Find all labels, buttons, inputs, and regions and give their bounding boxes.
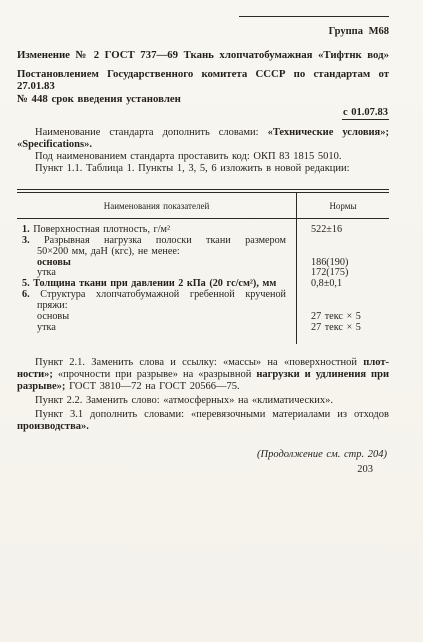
amendment-title: Изменение № 2 ГОСТ 737—69 Ткань хлопчато… — [17, 49, 389, 61]
group-label: Группа М68 — [17, 26, 389, 38]
page-number: 203 — [17, 464, 389, 476]
decree-line-2: № 448 срок введения установлен — [17, 93, 389, 105]
table-header-row: Наименования показателей Нормы — [17, 193, 389, 219]
effective-date: с 01.07.83 — [17, 107, 389, 119]
table-row: 6. Структура хлопчатобумажной гребенной … — [17, 290, 389, 301]
row-norm-value: 0,8±0,1 — [296, 279, 389, 290]
scanned-document-page: Группа М68 Изменение № 2 ГОСТ 737—69 Тка… — [0, 0, 423, 642]
effective-date-value: с 01.07.83 — [342, 107, 389, 120]
row-norm-value — [296, 236, 389, 247]
decree-line-1: Постановлением Государственного комитета… — [17, 68, 389, 92]
row-norm-value — [296, 290, 389, 301]
paragraph-item-3-1: Пункт 3.1 дополнить словами: «перевязочн… — [17, 409, 389, 433]
spec-table: Наименования показателей Нормы 1. Поверх… — [17, 189, 389, 344]
paragraph-item-2-1: Пункт 2.1. Заменить слова и ссылку: «мас… — [17, 357, 389, 393]
row-norm-value: 27 текс × 5 — [296, 323, 389, 344]
row-indicator: утка — [17, 323, 296, 344]
paragraph-item-2-2: Пункт 2.2. Заменить слово: «атмосферных»… — [17, 395, 389, 407]
paragraph-okp-code: Под наименованием стандарта проставить к… — [17, 151, 389, 163]
item-3-1-line-1: Пункт 3.1 дополнить словами: «перевязочн… — [17, 409, 389, 421]
row-norm-value: 172(175) — [296, 268, 389, 279]
item-3-1-line-2: производства». — [17, 421, 389, 433]
continuation-note: (Продолжение см. стр. 204) — [17, 449, 389, 461]
decree-paragraph: Постановлением Государственного комитета… — [17, 68, 389, 105]
item-2-1-line-3: разрыве»; ГОСТ 3810—72 на ГОСТ 20566—75. — [17, 381, 389, 393]
column-header-indicators: Наименования показателей — [17, 193, 296, 218]
item-2-1-line-2: ности»; «прочности при разрыве» на «разр… — [17, 369, 389, 381]
row-norm-value — [296, 247, 389, 258]
item-2-1-line-1: Пункт 2.1. Заменить слова и ссылку: «мас… — [17, 357, 389, 369]
name-addition-line-2: «Specifications». — [17, 139, 389, 151]
table-row: 50×200 мм, даН (кгс), не менее: — [17, 247, 389, 258]
row-indicator: 1. Поверхностная плотность, г/м² — [17, 219, 296, 236]
top-right-rule — [239, 16, 389, 17]
row-indicator: основы — [17, 258, 296, 269]
table-row: утка 27 текс × 5 — [17, 323, 389, 344]
row-indicator: основы — [17, 312, 296, 323]
paragraph-item-1-1: Пункт 1.1. Таблица 1. Пункты 1, 3, 5, 6 … — [17, 163, 389, 175]
row-norm-value: 522±16 — [296, 219, 389, 236]
name-addition-line-1: Наименование стандарта дополнить словами… — [17, 127, 389, 139]
column-header-norms: Нормы — [296, 193, 389, 218]
page-content: Группа М68 Изменение № 2 ГОСТ 737—69 Тка… — [0, 0, 423, 476]
table-row: 1. Поверхностная плотность, г/м² 522±16 — [17, 219, 389, 236]
paragraph-name-addition: Наименование стандарта дополнить словами… — [17, 127, 389, 151]
